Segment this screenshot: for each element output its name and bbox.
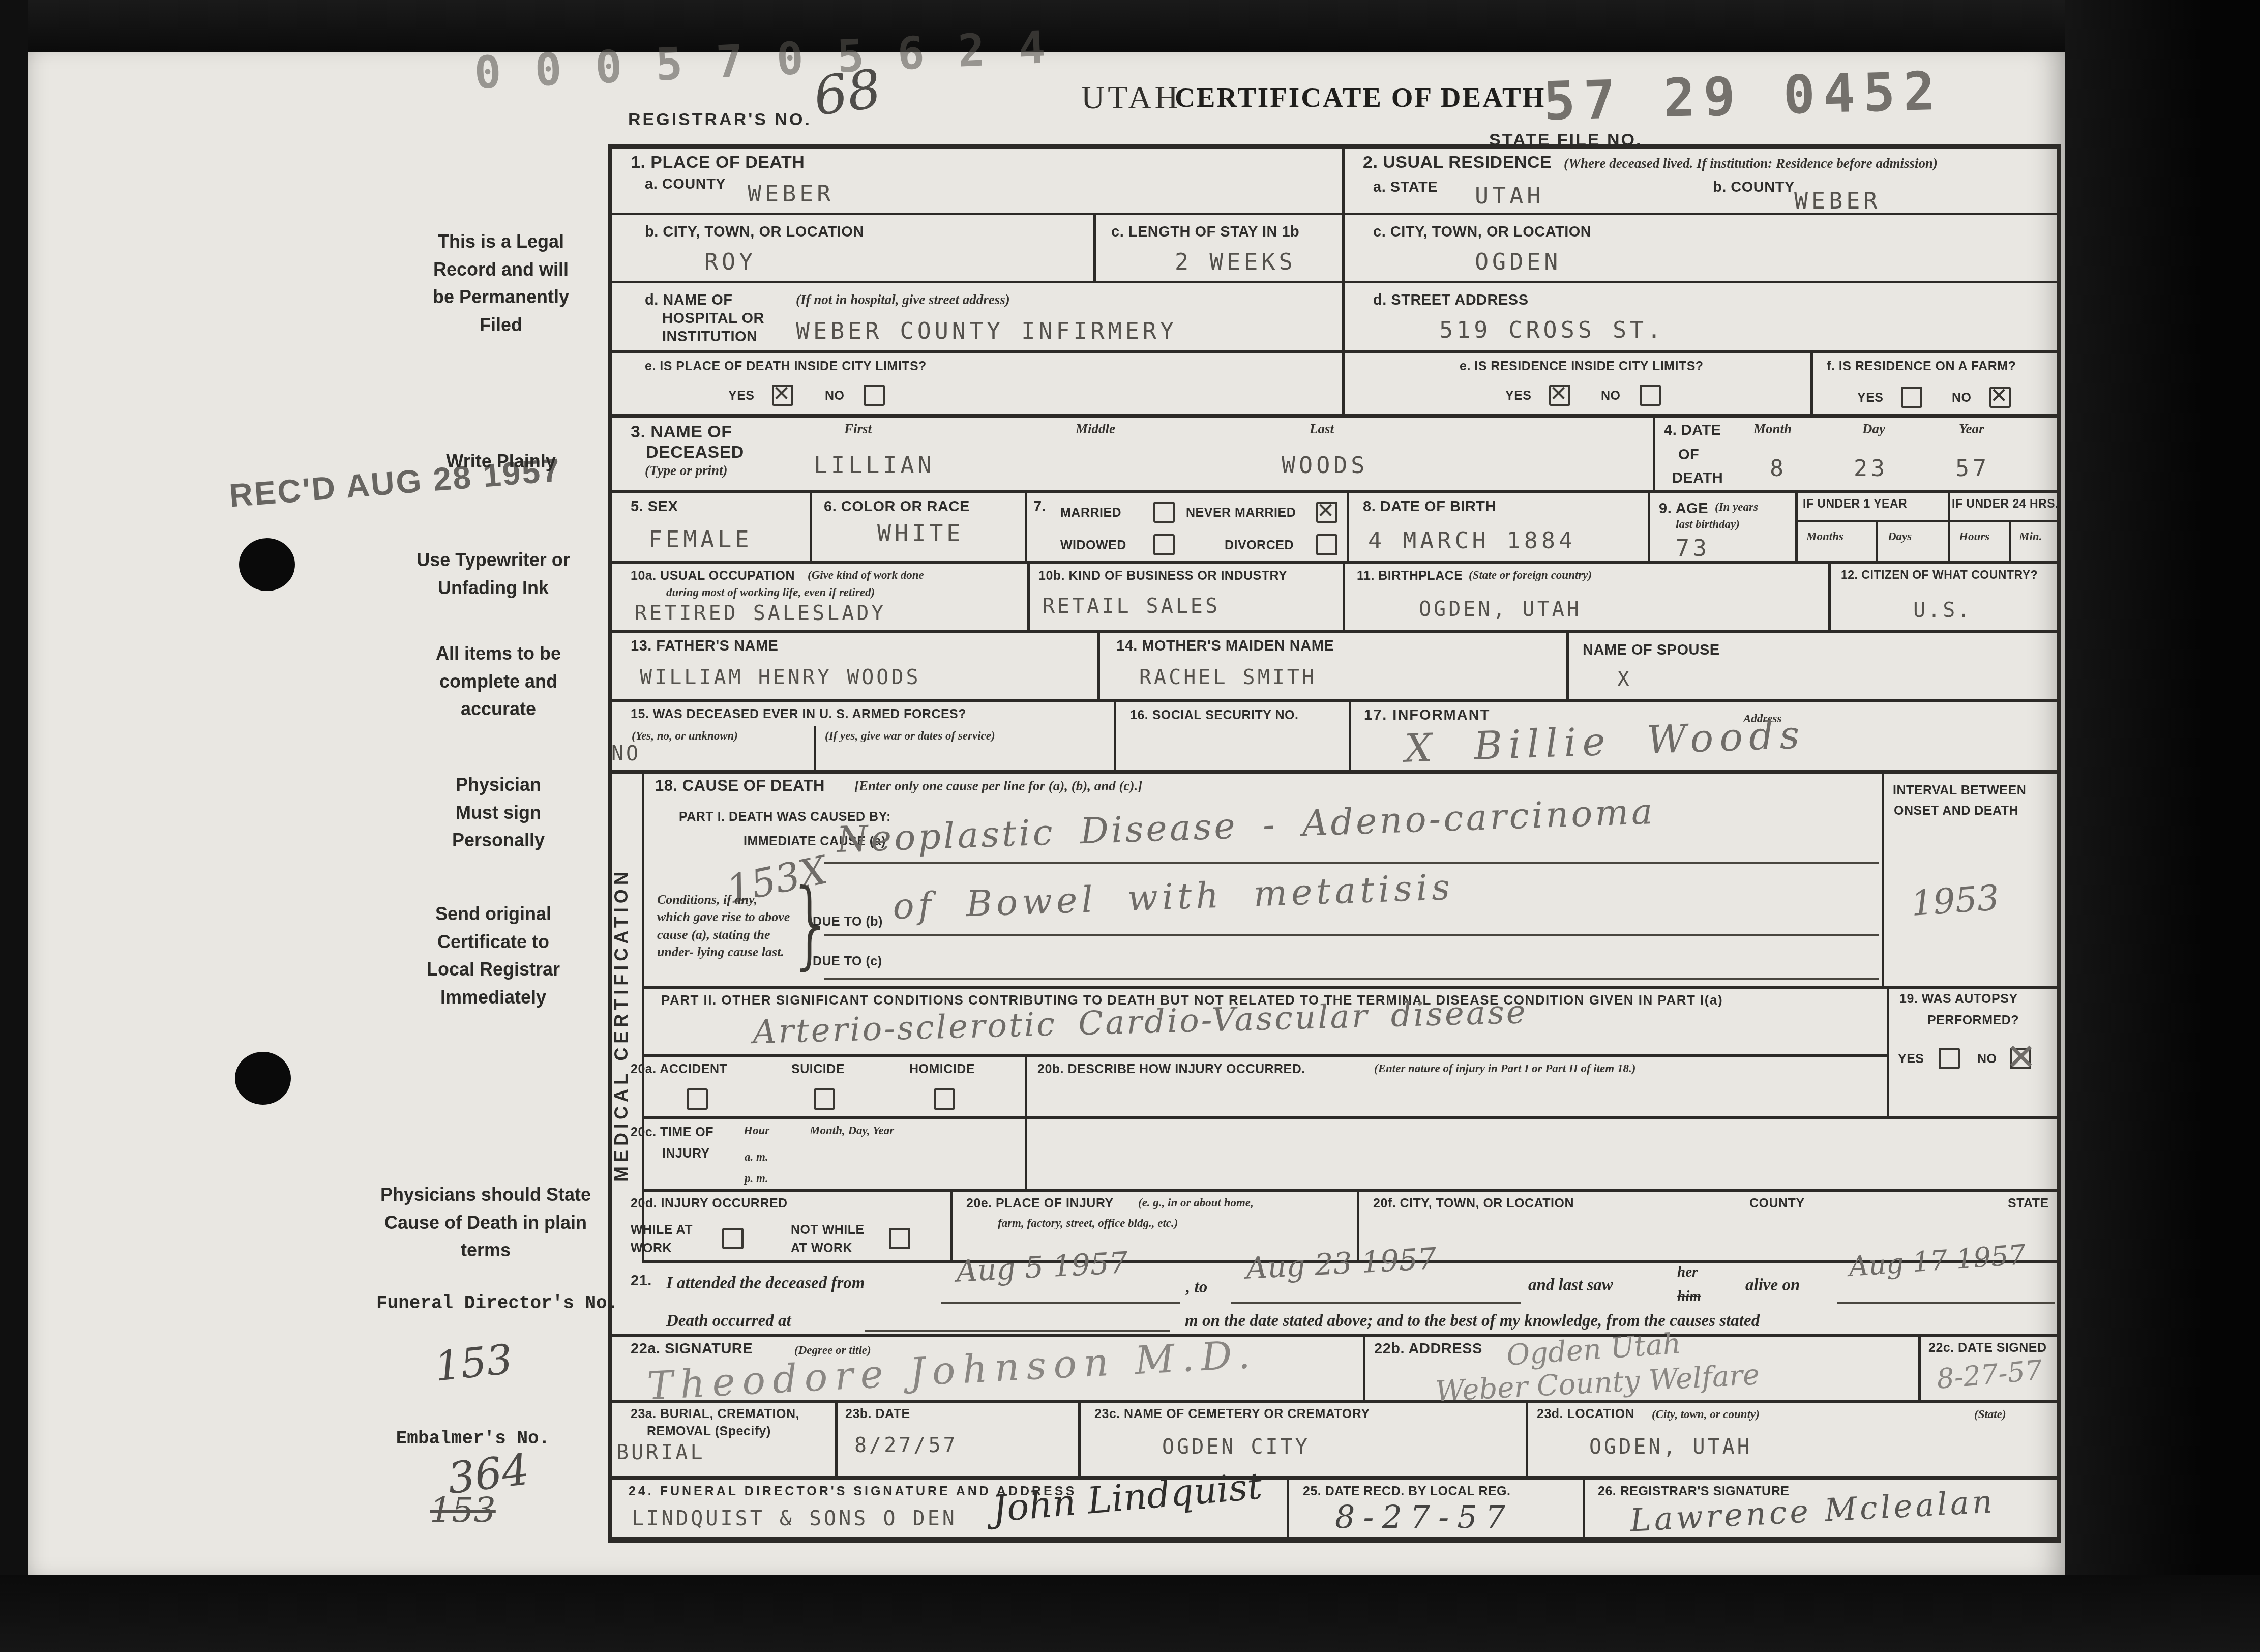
days-label: Days: [1888, 530, 1912, 543]
res-state-label: a. STATE: [1373, 179, 1438, 195]
date-of-death-label-2: OF: [1678, 447, 1699, 463]
hospital-label-1: d. NAME OF: [645, 292, 733, 308]
grid-line: [1363, 1334, 1365, 1402]
medical-certification-label: MEDICAL CERTIFICATION: [612, 791, 639, 1259]
immediate-cause-line: [824, 862, 1879, 864]
occupation-hint-1: (Give kind of work done: [808, 569, 924, 582]
grid-line: [835, 1400, 838, 1479]
month-day-year-label: Month, Day, Year: [810, 1124, 894, 1137]
place-of-injury-label: 20e. PLACE OF INJURY: [966, 1196, 1114, 1211]
dod-month-label: Month: [1753, 421, 1792, 437]
signer-address-label: 22b. ADDRESS: [1374, 1341, 1482, 1357]
birth-date-value: 4 MARCH 1884: [1368, 529, 1576, 552]
grid-line: [1114, 699, 1116, 772]
accident-label: 20a. ACCIDENT: [631, 1062, 727, 1076]
date-received-value: 8-27-57: [1335, 1501, 1513, 1533]
armed-forces-label: 15. WAS DECEASED EVER IN U. S. ARMED FOR…: [631, 707, 966, 721]
attend-number: 21.: [631, 1273, 652, 1289]
res-county-label: b. COUNTY: [1713, 179, 1795, 195]
pod-county-value: WEBER: [748, 182, 834, 205]
attended-to-value: Aug 23 1957: [1245, 1244, 1437, 1283]
pm-label: p. m.: [745, 1172, 768, 1185]
grid-line: [1828, 561, 1831, 632]
due-to-b-label: DUE TO (b): [813, 914, 883, 929]
scanner-bed-right: [2065, 0, 2260, 1652]
funeral-director-value: LINDQUIST & SONS O DEN: [632, 1509, 957, 1529]
informant-label: 17. INFORMANT: [1364, 707, 1490, 723]
due-to-b-line: [824, 934, 1879, 936]
pod-county-label: a. COUNTY: [645, 176, 726, 192]
spouse-label: NAME OF SPOUSE: [1583, 642, 1720, 658]
farm-no-checkbox: [1989, 387, 2011, 408]
months-label: Months: [1806, 530, 1843, 543]
never-married-checkbox: [1316, 501, 1337, 523]
first-name-label: First: [844, 421, 872, 437]
length-of-stay-label: c. LENGTH OF STAY IN 1b: [1111, 224, 1299, 240]
father-value: WILLIAM HENRY WOODS: [640, 667, 921, 688]
interval-label-2: ONSET AND DEATH: [1894, 804, 2018, 818]
industry-label: 10b. KIND OF BUSINESS OR INDUSTRY: [1038, 569, 1287, 583]
grid-line: [1097, 630, 1100, 702]
margin-note-typewriter: Use Typewriter or Unfading Ink: [407, 546, 580, 602]
funeral-directors-no-value: 153: [433, 1339, 514, 1388]
while-at-work-label-2: WORK: [631, 1241, 672, 1255]
injury-county-label: COUNTY: [1749, 1196, 1805, 1211]
place-of-death-label: 1. PLACE OF DEATH: [631, 153, 805, 172]
embalmers-no-label: Embalmer's No.: [376, 1426, 570, 1452]
hospital-value: WEBER COUNTY INFIRMERY: [796, 319, 1177, 342]
grid-line: [2009, 520, 2011, 563]
pod-city-limits-label: e. IS PLACE OF DEATH INSIDE CITY LIMITS?: [645, 359, 927, 373]
accident-checkbox: [687, 1088, 708, 1110]
res-no-checkbox: [1640, 385, 1661, 406]
grid-line: [1795, 490, 1798, 564]
street-address-value: 519 CROSS ST.: [1439, 318, 1664, 341]
dod-day-label: Day: [1862, 421, 1885, 437]
time-of-injury-label-2: INJURY: [662, 1146, 710, 1161]
farm-yes-checkbox: [1901, 387, 1922, 408]
dod-day-value: 23: [1854, 457, 1888, 480]
never-married-label: NEVER MARRIED: [1186, 506, 1296, 520]
res-no-label: NO: [1601, 389, 1621, 403]
grid-line: [608, 561, 2061, 564]
armed-forces-value: NO: [611, 744, 641, 764]
interval-value: 1953: [1910, 881, 2000, 922]
deceased-name-hint: (Type or print): [645, 463, 727, 479]
while-at-work-checkbox: [722, 1228, 744, 1249]
not-while-checkbox: [889, 1228, 910, 1249]
not-while-label-2: AT WORK: [791, 1241, 852, 1255]
autopsy-no-label: NO: [1977, 1052, 1997, 1066]
grid-line: [642, 986, 2061, 989]
grid-line: [1653, 414, 1655, 492]
grid-line: [1882, 770, 1884, 988]
attended-from-value: Aug 5 1957: [956, 1248, 1128, 1286]
usual-residence-hint: (Where deceased lived. If institution: R…: [1564, 156, 1938, 171]
occupation-hint-2: during most of working life, even if ret…: [666, 586, 875, 599]
injury-city-label: 20f. CITY, TOWN, OR LOCATION: [1373, 1196, 1574, 1211]
conditions-note: Conditions, if any, which gave rise to a…: [657, 891, 793, 961]
embalmers-no-crossed-out: 153: [430, 1493, 496, 1528]
res-city-value: OGDEN: [1475, 250, 1561, 273]
hospital-label-2: HOSPITAL OR: [662, 310, 764, 327]
burial-label-1: 23a. BURIAL, CREMATION,: [631, 1407, 799, 1421]
age-label: 9. AGE: [1659, 500, 1708, 517]
interval-label-1: INTERVAL BETWEEN: [1893, 783, 2026, 798]
autopsy-yes-label: YES: [1898, 1052, 1924, 1066]
grid-line: [608, 281, 2061, 283]
res-city-limits-label: e. IS RESIDENCE INSIDE CITY LIMITS?: [1460, 359, 1704, 373]
grid-line: [1025, 1116, 1027, 1192]
location-label: 23d. LOCATION: [1537, 1407, 1634, 1421]
under-1-year-label: IF UNDER 1 YEAR: [1803, 497, 1907, 511]
widowed-checkbox: [1153, 534, 1175, 555]
autopsy-no-checkbox: [2010, 1048, 2031, 1069]
res-yes-label: YES: [1505, 389, 1532, 403]
location-value: OGDEN, UTAH: [1589, 1437, 1752, 1457]
grid-line: [608, 770, 2061, 774]
street-address-label: d. STREET ADDRESS: [1373, 292, 1529, 308]
usual-residence-label: 2. USUAL RESIDENCE: [1363, 153, 1552, 172]
grid-line: [1566, 630, 1569, 702]
grid-line: [642, 1116, 2061, 1119]
margin-note-complete: All items to be complete and accurate: [422, 640, 575, 723]
death-occurred-label: Death occurred at: [666, 1311, 791, 1332]
grid-line: [1583, 1476, 1585, 1541]
cause-of-death-label: 18. CAUSE OF DEATH: [655, 777, 825, 795]
grid-line: [608, 1334, 2061, 1337]
him-label-struck: him: [1677, 1288, 1701, 1306]
res-yes-checkbox: [1549, 385, 1570, 406]
grid-line: [810, 490, 812, 564]
grid-line: [1093, 213, 1096, 283]
res-city-label: c. CITY, TOWN, OR LOCATION: [1373, 224, 1591, 240]
grid-line: [1027, 561, 1030, 632]
attend-to-label: , to: [1186, 1278, 1207, 1298]
disposition-date-value: 8/27/57: [854, 1435, 958, 1456]
suicide-label: SUICIDE: [791, 1062, 845, 1076]
date-of-death-label-3: DEATH: [1672, 470, 1723, 486]
spouse-value: X: [1617, 669, 1632, 690]
injury-describe-hint: (Enter nature of injury in Part I or Par…: [1374, 1062, 1635, 1075]
date-received-label: 25. DATE RECD. BY LOCAL REG.: [1303, 1484, 1511, 1498]
location-state-hint: (State): [1974, 1408, 2006, 1421]
autopsy-yes-checkbox: [1939, 1048, 1960, 1069]
race-label: 6. COLOR OR RACE: [824, 498, 970, 515]
margin-note-physician-sign: Physician Must sign Personally: [432, 771, 564, 854]
pod-yes-checkbox: [772, 385, 793, 406]
not-while-label-1: NOT WHILE: [791, 1223, 865, 1237]
age-value: 73: [1676, 537, 1710, 559]
place-of-injury-hint-1: (e. g., in or about home,: [1138, 1196, 1254, 1209]
industry-value: RETAIL SALES: [1043, 596, 1220, 616]
birthplace-hint: (State or foreign country): [1469, 569, 1592, 582]
grid-line: [1025, 1054, 1027, 1119]
scanner-bed-top: [0, 0, 2260, 52]
dod-year-label: Year: [1959, 421, 1984, 437]
her-label: her: [1677, 1263, 1698, 1281]
race-value: WHITE: [877, 522, 964, 545]
ssn-label: 16. SOCIAL SECURITY NO.: [1130, 708, 1298, 722]
armed-forces-hint-2: (If yes, give war or dates of service): [825, 729, 995, 743]
margin-note-legal-record: This is a Legal Record and will be Perma…: [427, 228, 575, 339]
citizen-label: 12. CITIZEN OF WHAT COUNTRY?: [1841, 569, 2038, 582]
attend-text-2: and last saw: [1528, 1276, 1613, 1296]
dod-month-value: 8: [1770, 457, 1787, 480]
scanned-death-certificate: 0005705624 REGISTRAR'S NO. 68 UTAH CERTI…: [0, 0, 2260, 1652]
mother-label: 14. MOTHER'S MAIDEN NAME: [1116, 638, 1334, 654]
citizen-value: U.S.: [1913, 600, 1972, 621]
last-alive-line: [1837, 1302, 2055, 1304]
grid-line: [608, 630, 2061, 633]
grid-line: [1876, 520, 1878, 563]
disposition-date-label: 23b. DATE: [845, 1407, 910, 1421]
birthplace-label: 11. BIRTHPLACE: [1357, 569, 1463, 583]
margin-note-plain-terms: Physicians should State Cause of Death i…: [371, 1181, 600, 1264]
widowed-label: WIDOWED: [1060, 538, 1126, 552]
death-occurred-line: [865, 1330, 1170, 1332]
grid-line: [642, 1189, 2061, 1192]
due-to-c-line: [824, 978, 1879, 980]
attend-text-3: alive on: [1745, 1276, 1800, 1296]
grid-line: [1025, 490, 1027, 564]
grid-line: [642, 1054, 1887, 1057]
married-label: MARRIED: [1060, 506, 1121, 520]
res-state-value: UTAH: [1475, 184, 1544, 207]
armed-forces-hint-1: (Yes, no, or unknown): [632, 729, 738, 743]
grid-line: [642, 770, 644, 1263]
hole-punch: [235, 1052, 291, 1105]
hours-label: Hours: [1959, 530, 1989, 543]
under-24-hrs-label: IF UNDER 24 HRS.: [1952, 497, 2059, 511]
page-title: CERTIFICATE OF DEATH: [1175, 83, 1545, 111]
farm-no-label: NO: [1952, 391, 1972, 405]
grid-line: [1810, 350, 1813, 416]
attended-from-line: [941, 1302, 1180, 1304]
birthplace-value: OGDEN, UTAH: [1419, 599, 1582, 619]
grid-line: [814, 726, 816, 772]
homicide-checkbox: [934, 1088, 955, 1110]
grid-line: [1887, 986, 1889, 1119]
last-name-label: Last: [1310, 421, 1334, 437]
autopsy-label-2: PERFORMED?: [1927, 1013, 2019, 1027]
signature-label: 22a. SIGNATURE: [631, 1341, 753, 1357]
state-file-number-stamp: 57 29 0452: [1543, 60, 1944, 133]
date-signed-label: 22c. DATE SIGNED: [1928, 1341, 2047, 1355]
grid-line: [608, 490, 2061, 493]
date-of-death-label-1: 4. DATE: [1664, 422, 1721, 438]
hospital-label-3: INSTITUTION: [662, 329, 758, 345]
mother-value: RACHEL SMITH: [1139, 667, 1317, 688]
grid-line: [1347, 490, 1349, 564]
grid-line: [1343, 561, 1345, 632]
occupation-label: 10a. USUAL OCCUPATION: [631, 569, 795, 583]
deceased-name-label-2: DECEASED: [646, 442, 744, 462]
grid-line: [1526, 1400, 1528, 1479]
min-label: Min.: [2019, 530, 2042, 543]
injury-state-label: STATE: [2008, 1196, 2049, 1211]
marital-label: 7.: [1033, 498, 1046, 515]
hole-punch: [239, 538, 295, 591]
homicide-label: HOMICIDE: [909, 1062, 975, 1076]
am-label: a. m.: [745, 1150, 768, 1164]
hour-label: Hour: [744, 1124, 769, 1137]
grid-line: [608, 1476, 2061, 1480]
pod-no-label: NO: [825, 389, 845, 403]
married-checkbox: [1153, 501, 1175, 523]
grid-line: [608, 144, 2061, 149]
grid-line: [1349, 699, 1351, 772]
deceased-name-label-1: 3. NAME OF: [631, 422, 732, 441]
location-hint: (City, town, or county): [1652, 1408, 1760, 1421]
cause-of-death-bracket-hint: [Enter only one cause per line for (a), …: [854, 778, 1142, 794]
pod-no-checkbox: [864, 385, 885, 406]
grid-line: [1948, 490, 1950, 564]
father-label: 13. FATHER'S NAME: [631, 638, 778, 654]
scanner-bed-left: [0, 0, 28, 1652]
length-of-stay-value: 2 WEEKS: [1175, 250, 1296, 273]
attend-text-1: I attended the deceased from: [666, 1274, 865, 1294]
autopsy-label-1: 19. WAS AUTOPSY: [1899, 992, 2018, 1006]
attended-to-line: [1231, 1302, 1521, 1304]
title-state: UTAH: [1081, 81, 1181, 114]
pod-city-label: b. CITY, TOWN, OR LOCATION: [645, 224, 864, 240]
res-county-value: WEBER: [1794, 189, 1881, 212]
grid-line: [1795, 520, 2061, 522]
cemetery-label: 23c. NAME OF CEMETERY OR CREMATORY: [1094, 1407, 1370, 1421]
middle-name-label: Middle: [1076, 421, 1115, 437]
pod-yes-label: YES: [728, 389, 755, 403]
age-hint-1: (In years: [1715, 500, 1758, 514]
grid-line: [1918, 1334, 1921, 1402]
dod-year-value: 57: [1955, 457, 1990, 480]
grid-line: [1078, 1400, 1081, 1479]
divorced-checkbox: [1316, 534, 1337, 555]
first-name-value: LILLIAN: [814, 454, 935, 477]
hospital-hint: (If not in hospital, give street address…: [796, 292, 1010, 308]
birth-date-label: 8. DATE OF BIRTH: [1363, 498, 1496, 515]
age-hint-2: last birthday): [1676, 518, 1740, 531]
grid-line: [1648, 490, 1650, 564]
registrar-no-label: REGISTRAR'S NO.: [628, 110, 812, 129]
burial-label-2: REMOVAL (Specify): [647, 1424, 771, 1438]
grid-line: [608, 350, 2061, 353]
last-name-value: WOODS: [1282, 454, 1368, 477]
grid-line: [608, 1400, 2061, 1403]
margin-note-send-original: Send original Certificate to Local Regis…: [417, 900, 570, 1012]
farm-label: f. IS RESIDENCE ON A FARM?: [1827, 359, 2016, 373]
grid-line: [608, 1537, 2061, 1543]
sex-value: FEMALE: [648, 528, 753, 551]
grid-line: [608, 699, 2061, 702]
grid-line: [950, 1189, 953, 1263]
registrar-no-value: 68: [810, 62, 884, 123]
pod-city-value: ROY: [704, 250, 756, 273]
margin-note-write-plainly: Write Plainly: [427, 448, 575, 476]
occupation-value: RETIRED SALESLADY: [635, 603, 886, 624]
funeral-directors-no-label: Funeral Director's No.: [376, 1291, 570, 1316]
sex-label: 5. SEX: [631, 498, 678, 515]
while-at-work-label-1: WHILE AT: [631, 1223, 693, 1237]
place-of-injury-hint-2: farm, factory, street, office bldg., etc…: [998, 1217, 1178, 1230]
divorced-label: DIVORCED: [1225, 538, 1294, 552]
due-to-c-label: DUE TO (c): [813, 954, 882, 968]
grid-line: [608, 414, 2061, 418]
farm-yes-label: YES: [1857, 391, 1884, 405]
grid-line: [1342, 144, 1345, 417]
injury-occurred-label: 20d. INJURY OCCURRED: [631, 1196, 788, 1211]
suicide-checkbox: [814, 1088, 835, 1110]
scanner-bed-bottom: [0, 1575, 2260, 1652]
time-of-injury-label-1: 20c. TIME OF: [631, 1125, 713, 1139]
injury-describe-label: 20b. DESCRIBE HOW INJURY OCCURRED.: [1037, 1062, 1305, 1076]
cemetery-value: OGDEN CITY: [1162, 1437, 1310, 1457]
burial-value: BURIAL: [616, 1442, 705, 1463]
grid-line: [1287, 1476, 1289, 1541]
